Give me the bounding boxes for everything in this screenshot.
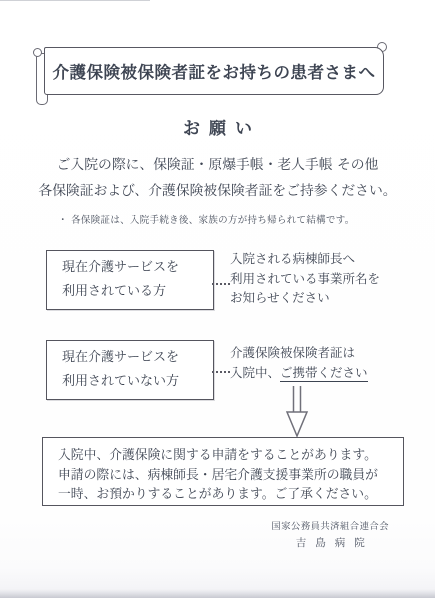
case2-dotted-connector [212, 371, 230, 373]
case1-box: 現在介護サービスを 利用されている方 [46, 250, 214, 310]
case2-desc-line2-prefix: 入院中、 [230, 365, 280, 380]
intro-line-1: ご入院の際に、保険証・原爆手帳・老人手帳 その他 [0, 152, 435, 178]
notice-line2: 申請の際には、病棟師長・居宅介護支援事業所の職員が [58, 466, 393, 486]
case1-desc-line1: 入院される病棟師長へ [230, 249, 380, 269]
section-heading: お願い [0, 114, 435, 139]
footer-hospital-name: 吉島病院 [271, 535, 389, 550]
scanned-notice-page: 介護保険被保険者証をお持ちの患者さまへ お願い ご入院の際に、保険証・原爆手帳・… [0, 0, 435, 598]
page-title: 介護保険被保険者証をお持ちの患者さまへ [53, 59, 376, 83]
notice-line3: 一時、お預かりすることがあります。ご了承ください。 [58, 485, 393, 505]
case1-dotted-connector [212, 283, 230, 285]
notice-line1: 入院中、介護保険に関する申請をすることがあります。 [58, 446, 393, 466]
case2-desc-underlined-text: ご携帯ください [280, 365, 368, 382]
case2-description: 介護保険被保険者証は 入院中、ご携帯ください [230, 343, 368, 382]
notice-box: 入院中、介護保険に関する申請をすることがあります。 申請の際には、病棟師長・居宅… [42, 437, 404, 506]
case1-box-line1: 現在介護サービスを [62, 256, 213, 280]
down-arrow-svg [283, 386, 311, 438]
case1-desc-line3: お知らせください [230, 288, 380, 308]
footer: 国家公務員共済組合連合会 吉島病院 [271, 518, 389, 550]
scan-artifact-top-edge [0, 0, 150, 1]
case1-desc-line2: 利用されている事業所名を [230, 269, 380, 289]
note-line: ・ 各保険証は、入院手続き後、家族の方が持ち帰られて結構です。 [58, 212, 418, 226]
case2-desc-line2: 入院中、ご携帯ください [230, 363, 368, 383]
banner-face: 介護保険被保険者証をお持ちの患者さまへ [44, 47, 384, 95]
down-arrow-icon [283, 386, 311, 438]
case1-box-line2: 利用されている方 [62, 280, 213, 304]
intro-line-2: 各保険証および、介護保険被保険者証をご持参ください。 [0, 178, 435, 204]
case2-box-line1: 現在介護サービスを [62, 346, 213, 370]
scan-artifact-bottom-edge [0, 589, 435, 598]
case2-box: 現在介護サービスを 利用されていない方 [46, 340, 214, 400]
banner-scroll-left-curl [33, 48, 42, 57]
intro-paragraph: ご入院の際に、保険証・原爆手帳・老人手帳 その他 各保険証および、介護保険被保険… [0, 152, 435, 204]
case1-description: 入院される病棟師長へ 利用されている事業所名を お知らせください [230, 249, 380, 308]
title-banner: 介護保険被保険者証をお持ちの患者さまへ [44, 47, 384, 95]
case2-box-line2: 利用されていない方 [62, 370, 213, 394]
footer-organization: 国家公務員共済組合連合会 [271, 518, 389, 532]
case2-desc-line1: 介護保険被保険者証は [230, 343, 368, 363]
